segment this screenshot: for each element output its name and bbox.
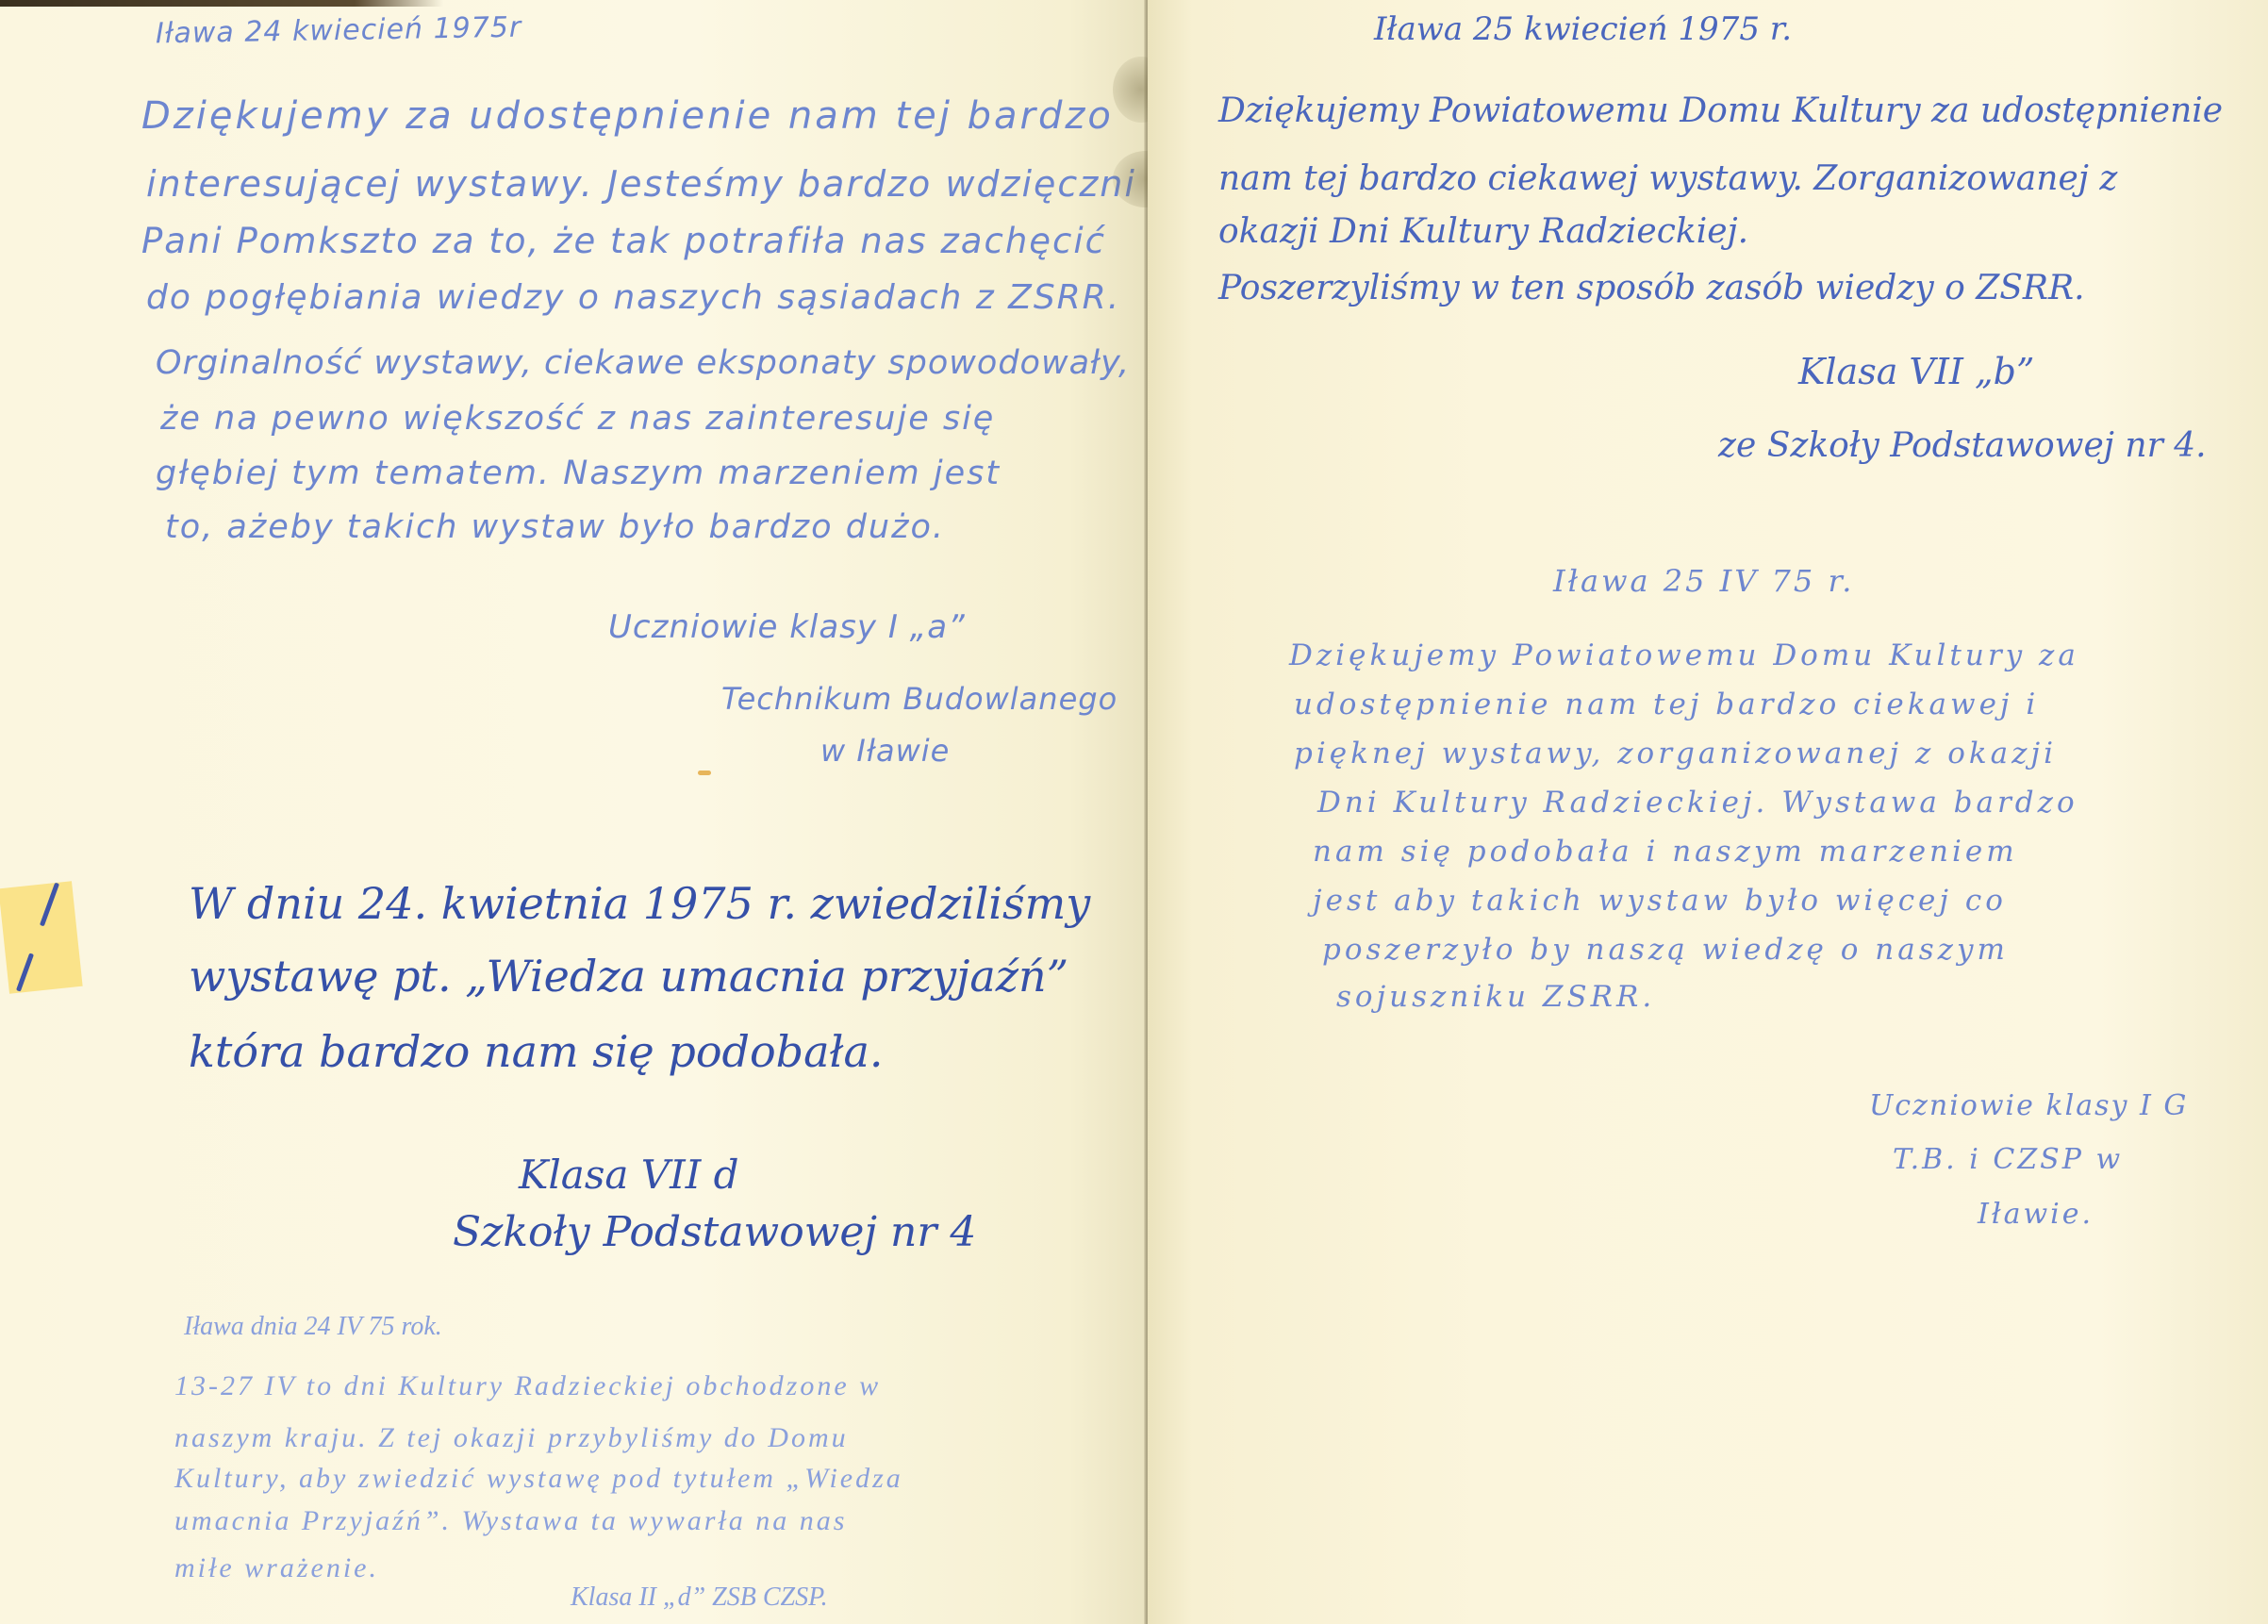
- entry2-line: wystawę pt. „Wiedza umacnia przyjaźń”: [189, 954, 1068, 998]
- entry3-line: umacnia Przyjaźń”. Wystawa ta wywarła na…: [174, 1507, 847, 1535]
- entry2-signature-line: Klasa VII d: [519, 1155, 739, 1195]
- entry1-signature-line: Uczniowie klasy I „a”: [608, 611, 966, 643]
- entry2-line: W dniu 24. kwietnia 1975 r. zwiedziliśmy: [189, 882, 1090, 925]
- right-entry2-line: poszerzyło by naszą wiedzę o naszym: [1322, 936, 2009, 965]
- entry1-line: Dziękujemy za udostępnienie nam tej bard…: [141, 97, 1114, 135]
- paper-speck: [698, 771, 711, 775]
- right-entry1-line: Poszerzyliśmy w ten sposób zasób wiedzy …: [1218, 272, 2085, 306]
- entry1-line: interesującej wystawy. Jesteśmy bardzo w…: [146, 166, 1136, 202]
- entry2-signature-line: Szkoły Podstawowej nr 4: [453, 1212, 976, 1253]
- adhesive-tape: [0, 881, 83, 994]
- guestbook-spread: Iława 24 kwiecień 1975r Dziękujemy za ud…: [0, 0, 2268, 1624]
- right-entry2-line: jest aby takich wystaw było więcej co: [1313, 887, 2007, 916]
- entry1-line: to, ażeby takich wystaw było bardzo dużo…: [165, 511, 945, 544]
- right-entry2-line: Dni Kultury Radzieckiej. Wystawa bardzo: [1317, 788, 2078, 818]
- entry1-signature-line: w Iławie: [820, 736, 950, 766]
- entry1-signature-line: Technikum Budowlanego: [721, 684, 1117, 714]
- right-entry2-date: Iława 25 IV 75 r.: [1553, 566, 1854, 596]
- right-entry1-line: okazji Dni Kultury Radzieckiej.: [1218, 215, 1748, 249]
- entry1-date: Iława 24 kwiecień 1975r: [156, 14, 522, 49]
- right-entry1-signature-line: Klasa VII „b”: [1798, 354, 2034, 389]
- right-entry1-line: Dziękujemy Powiatowemu Domu Kultury za u…: [1218, 94, 2223, 128]
- right-entry2-line: nam się podobała i naszym marzeniem: [1313, 837, 2018, 867]
- left-page: Iława 24 kwiecień 1975r Dziękujemy za ud…: [0, 0, 1148, 1624]
- right-entry2-line: sojuszniku ZSRR.: [1336, 983, 1655, 1012]
- right-entry1-signature-line: ze Szkoły Podstawowej nr 4.: [1718, 429, 2207, 463]
- entry1-line: Pani Pomkszto za to, że tak potrafiła na…: [141, 224, 1106, 258]
- entry3-date: Iława dnia 24 IV 75 rok.: [184, 1314, 442, 1340]
- entry3-line: naszym kraju. Z tej okazji przybyliśmy d…: [174, 1424, 849, 1452]
- entry3-line: 13-27 IV to dni Kultury Radzieckiej obch…: [174, 1372, 881, 1400]
- entry1-line: do pogłębiania wiedzy o naszych sąsiadac…: [146, 281, 1120, 315]
- right-entry2-line: Dziękujemy Powiatowemu Domu Kultury za: [1289, 641, 2079, 671]
- entry2-line: która bardzo nam się podobała.: [189, 1030, 884, 1073]
- entry3-line: Kultury, aby zwiedzić wystawę pod tytułe…: [174, 1465, 903, 1493]
- right-entry2-line: pięknej wystawy, zorganizowanej z okazji: [1294, 739, 2057, 769]
- right-entry1-line: nam tej bardzo ciekawej wystawy. Zorgani…: [1218, 162, 2117, 196]
- entry1-line: Orginalność wystawy, ciekawe eksponaty s…: [156, 347, 1130, 380]
- entry3-signature: Klasa II „d” ZSB CZSP.: [571, 1584, 828, 1611]
- entry1-line: głębiej tym tematem. Naszym marzeniem je…: [156, 457, 1001, 490]
- book-edge-shadow: [0, 0, 443, 7]
- entry1-line: że na pewno większość z nas zainteresuje…: [160, 403, 995, 436]
- right-entry2-line: udostępnienie nam tej bardzo ciekawej i: [1294, 690, 2039, 720]
- right-page: Iława 25 kwiecień 1975 r. Dziękujemy Pow…: [1148, 0, 2268, 1624]
- right-entry2-signature-line: Iławie.: [1978, 1201, 2094, 1229]
- entry3-line: miłe wrażenie.: [174, 1554, 379, 1583]
- right-entry1-date: Iława 25 kwiecień 1975 r.: [1374, 13, 1792, 45]
- right-entry2-signature-line: Uczniowie klasy I G: [1869, 1092, 2188, 1120]
- right-entry2-signature-line: T.B. i CZSP w: [1893, 1146, 2123, 1174]
